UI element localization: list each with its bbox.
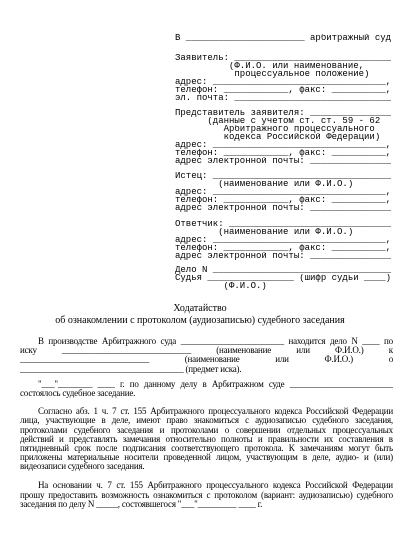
word: замечаниям xyxy=(300,444,343,453)
justified-text-line: протоколамисудебногозаседанияипротоколам… xyxy=(20,426,393,435)
word: судебного xyxy=(312,416,348,425)
word: знакомиться xyxy=(194,416,239,425)
word: ст. xyxy=(120,407,129,416)
form-line: (наименование или Ф.И.О.) xyxy=(175,228,399,236)
word: лицом, xyxy=(216,453,241,462)
word: ознакомиться xyxy=(153,491,202,500)
word: (наименование xyxy=(185,355,240,364)
word: действий xyxy=(20,435,54,444)
word: в xyxy=(303,453,307,462)
word: и xyxy=(364,453,369,462)
justified-text-line: Наоснованиич.7ст.155Арбитражногопроцессу… xyxy=(20,481,393,490)
justified-text-line: пятидневныйсрокпослеподписаниясоответств… xyxy=(20,444,393,453)
word: процессуальных xyxy=(333,426,393,435)
word: дело xyxy=(330,337,347,346)
word: прошу xyxy=(20,491,44,500)
word: процессуального xyxy=(206,481,268,490)
word: лица, xyxy=(20,416,39,425)
word: аудиозаписью) xyxy=(299,491,353,500)
word: Согласно xyxy=(38,407,72,416)
word: и xyxy=(160,426,165,435)
word: проведенной xyxy=(163,453,210,462)
word: деле, xyxy=(312,453,330,462)
word: по xyxy=(384,337,393,346)
text-line: заседания по делу N _____, состоявшегося… xyxy=(20,500,393,509)
document-body: ВпроизводствеАрбитражногосуда___________… xyxy=(20,337,393,509)
court-header-block: В ______________________ арбитражный суд… xyxy=(175,34,399,290)
word: ст. xyxy=(116,481,125,490)
word: с xyxy=(245,416,249,425)
word: в xyxy=(389,435,393,444)
word: ч. xyxy=(102,407,108,416)
word: иску xyxy=(20,346,37,355)
form-line: адрес электронной почты: _______________ xyxy=(175,252,399,260)
word: Федерации xyxy=(352,481,393,490)
form-line: процессуальное положение) xyxy=(175,70,399,78)
word: 155 xyxy=(133,407,146,416)
word: Федерации xyxy=(352,407,393,416)
form-line: телефон: ____________, факс: __________, xyxy=(175,196,399,204)
word: заседания, xyxy=(355,416,393,425)
form-line: В ______________________ арбитражный суд xyxy=(175,34,399,42)
word: деле, xyxy=(112,416,130,425)
word: с xyxy=(206,491,210,500)
justified-text-line: "___"____________г.поданномуделувАрбитра… xyxy=(20,380,393,389)
word: пятидневный xyxy=(20,444,69,453)
form-line: адрес: ________________________________, xyxy=(175,141,399,149)
word: предоставить xyxy=(48,491,97,500)
word: производстве xyxy=(48,337,97,346)
word: к xyxy=(389,346,393,355)
word: 155 xyxy=(130,481,143,490)
word: находится xyxy=(288,337,325,346)
word: (вариант: xyxy=(261,491,295,500)
form-line: Дело N _________________________________ xyxy=(175,266,399,274)
form-line: (данные с учетом ст. ст. 59 - 62 xyxy=(175,117,399,125)
word: делу xyxy=(181,380,198,389)
word: о xyxy=(389,355,393,364)
word: протоколом xyxy=(214,491,257,500)
text-line: видеозаписи судебного заседания. xyxy=(20,462,393,471)
word: по xyxy=(130,380,139,389)
word: На xyxy=(38,481,48,490)
justified-text-line: лица,участвующиевделе,имеютправознакомит… xyxy=(20,416,393,425)
word: и xyxy=(258,435,263,444)
word: составления xyxy=(338,435,383,444)
word: протоколами xyxy=(171,426,218,435)
form-line: телефон: ____________, факс: __________, xyxy=(175,149,399,157)
form-line: Заявитель: _____________________________ xyxy=(175,54,399,62)
form-line: кодекса Российской Федерации) xyxy=(175,133,399,141)
word: К xyxy=(289,444,295,453)
word: и xyxy=(59,435,64,444)
word: 7 xyxy=(107,481,111,490)
form-line: адрес: ________________________________, xyxy=(175,188,399,196)
word: право xyxy=(167,416,188,425)
justified-text-line: приложеныматериальныеносителипроведенной… xyxy=(20,453,393,462)
word: аудио- xyxy=(336,453,359,462)
court-name-section: В ______________________ арбитражный суд xyxy=(175,34,399,42)
word: кодекса xyxy=(274,407,302,416)
word: имеют xyxy=(136,416,160,425)
form-line: Ответчик: ______________________________ xyxy=(175,220,399,228)
form-line: адрес: ________________________________, xyxy=(175,78,399,86)
text-line: состоялось судебное заседание. xyxy=(20,389,393,398)
justified-text-line: прошупредоставитьвозможностьознакомиться… xyxy=(20,491,393,500)
word: или xyxy=(275,355,289,364)
word: В xyxy=(38,337,44,346)
justified-text-line: ВпроизводствеАрбитражногосуда___________… xyxy=(20,337,393,346)
word: представлять xyxy=(69,435,117,444)
word: ______________________________ xyxy=(62,346,191,355)
form-line: телефон: ____________, факс: __________, xyxy=(175,86,399,94)
document-title: Ходатайство xyxy=(0,303,400,315)
text-line: ______________________________________ (… xyxy=(20,365,393,374)
word: участвующим xyxy=(246,453,297,462)
word: суда xyxy=(161,337,177,346)
word: суде xyxy=(269,380,285,389)
form-line: телефон: ____________, факс: __________, xyxy=(175,244,399,252)
word: полноты xyxy=(221,435,252,444)
word: или xyxy=(296,346,310,355)
word: "___"________ xyxy=(38,380,92,389)
word: соответствующего xyxy=(171,444,239,453)
word: замечания xyxy=(123,435,161,444)
form-line: адрес электронной почты: _______________ xyxy=(175,157,399,165)
word: 1 xyxy=(94,407,98,416)
word: судебного xyxy=(357,491,393,500)
word: протокола. xyxy=(244,444,283,453)
justified-text-line: ______________________________(наименова… xyxy=(20,355,393,364)
word: Арбитражного xyxy=(102,337,156,346)
word: ч. xyxy=(96,481,102,490)
document-page: В ______________________ арбитражный суд… xyxy=(0,0,400,538)
word: судебного xyxy=(74,426,110,435)
word: их xyxy=(324,435,333,444)
word: возможность xyxy=(101,491,149,500)
form-line: Представитель заявителя: _______________ xyxy=(175,109,399,117)
form-line: (Ф.И.О. или наименование, xyxy=(175,62,399,70)
form-line: (наименование или Ф.И.О.) xyxy=(175,180,399,188)
word: Российской xyxy=(306,407,348,416)
word: ____ xyxy=(98,380,115,389)
word: Арбитражного xyxy=(147,481,201,490)
word: протоколами xyxy=(20,426,67,435)
word: основании xyxy=(53,481,92,490)
word: участвующие xyxy=(46,416,96,425)
word: быть xyxy=(375,444,393,453)
representative-section: Представитель заявителя: _______________… xyxy=(175,109,399,165)
word: совершении xyxy=(236,426,281,435)
plaintiff-section: Истец: _________________________________… xyxy=(175,172,399,212)
form-line: эл. почта: _____________________________ xyxy=(175,94,399,102)
document-subtitle: об ознакомлении с протоколом (аудиозапис… xyxy=(0,315,400,327)
word: правильности xyxy=(268,435,319,444)
form-line: адрес: ________________________________, xyxy=(175,236,399,244)
word: ______________________________ xyxy=(20,355,149,364)
form-line: (Ф.И.О.) xyxy=(175,282,399,290)
word: аудиозаписью xyxy=(255,416,306,425)
word: носители xyxy=(124,453,158,462)
word: могут xyxy=(348,444,369,453)
word: отдельных xyxy=(287,426,326,435)
word: о xyxy=(225,426,229,435)
form-line: Арбитражного процессуального xyxy=(175,125,399,133)
word: Арбитражном xyxy=(212,380,264,389)
word: данному xyxy=(144,380,175,389)
word: ________________________ xyxy=(290,380,393,389)
justified-text-line: действийипредставлятьзамечанияотноситель… xyxy=(20,435,393,444)
form-line: адрес электронной почты: _______________ xyxy=(175,204,399,212)
word: Ф.И.О.) xyxy=(325,355,353,364)
word: (наименование xyxy=(216,346,271,355)
word: в xyxy=(203,380,207,389)
word: заседания xyxy=(117,426,153,435)
word: кодекса xyxy=(273,481,301,490)
word: в xyxy=(101,416,105,425)
form-line: Истец: _________________________________ xyxy=(175,172,399,180)
word: Ф.И.О.) xyxy=(335,346,363,355)
case-judge-section: Дело N _________________________________… xyxy=(175,266,399,290)
word: Арбитражного xyxy=(150,407,204,416)
word: 7 xyxy=(112,407,116,416)
word: абз. xyxy=(76,407,90,416)
word: относительно xyxy=(166,435,216,444)
form-line: Судья ________________ (шифр судьи ____) xyxy=(175,274,399,282)
word: подписания xyxy=(123,444,166,453)
word: ________________________ xyxy=(181,337,284,346)
word: Российской xyxy=(305,481,347,490)
word: ____ xyxy=(362,337,379,346)
document-title-block: Ходатайство об ознакомлении с протоколом… xyxy=(0,303,400,327)
word: после xyxy=(96,444,117,453)
word: (или) xyxy=(374,453,393,462)
applicant-section: Заявитель: _____________________________… xyxy=(175,54,399,102)
justified-text-line: Согласноабз.1ч.7ст.155Арбитражногопроцес… xyxy=(20,407,393,416)
word: приложены xyxy=(20,453,62,462)
word: процессуального xyxy=(208,407,270,416)
word: г. xyxy=(120,380,125,389)
word: срок xyxy=(74,444,91,453)
word: материальные xyxy=(67,453,119,462)
defendant-section: Ответчик: ______________________________… xyxy=(175,220,399,260)
justified-text-line: иску______________________________(наиме… xyxy=(20,346,393,355)
word: N xyxy=(351,337,357,346)
